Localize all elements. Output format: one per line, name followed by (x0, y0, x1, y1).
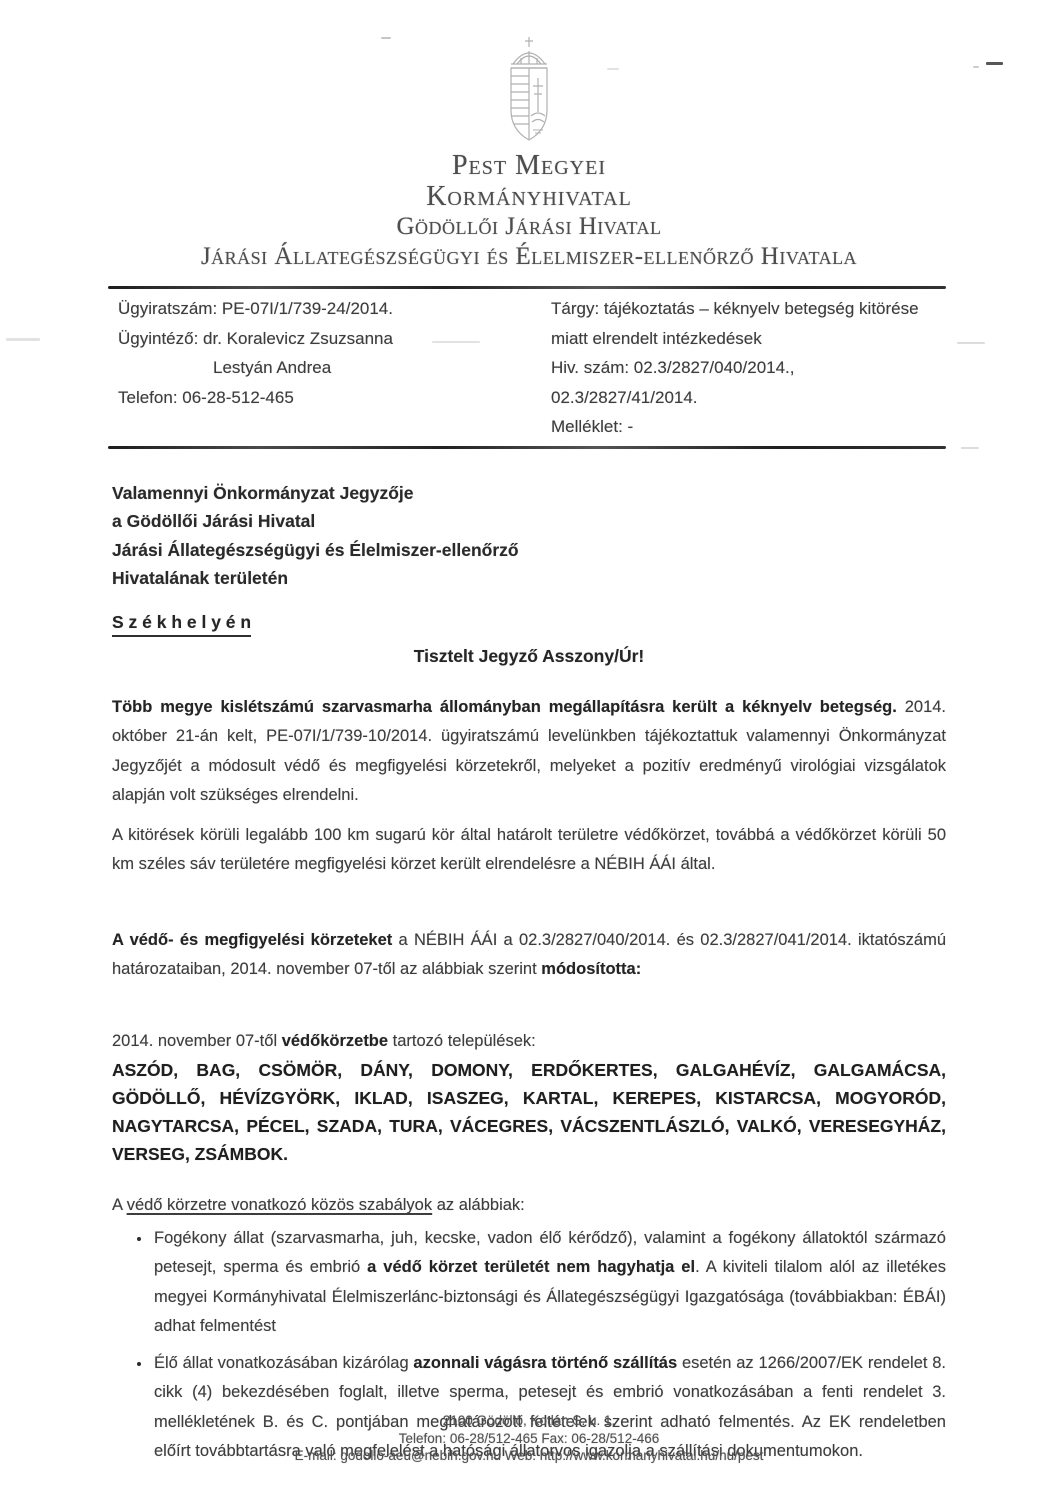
rules-underlined-phrase: védő körzetre vonatkozó közös szabályok (127, 1196, 432, 1214)
subject-line-1: Tárgy: tájékoztatás – kéknyelv betegség … (551, 294, 946, 324)
scan-artifact (973, 66, 979, 68)
scan-artifact (607, 68, 619, 70)
attachment-line: Melléklet: - (551, 412, 946, 442)
rule-bullet-animal-movement: Fogékony állat (szarvasmarha, juh, kecsk… (152, 1224, 946, 1342)
divider-bottom (108, 446, 946, 449)
reference-number-2: 02.3/2827/41/2014. (551, 383, 946, 413)
towns-intro-post: tartozó települések: (388, 1032, 536, 1050)
case-meta-left: Ügyiratszám: PE-07I/1/739-24/2014. Ügyin… (118, 294, 545, 442)
footer-email-web: E-mail: godollo-aeu@nebih.gov.hu Web: ht… (0, 1447, 1058, 1465)
emphasis-zones: A védő- és megfigyelési körzeteket (112, 931, 392, 949)
recipient-line-4: Hivatalának területén (112, 564, 946, 593)
footer-address: 2100 Gödöllő, Kotlan S. u. 1. (0, 1412, 1058, 1430)
emphasis-no-leaving-zone: a védő körzet területét nem hagyhatja el (367, 1258, 695, 1276)
org-line-district: Gödöllői Járási Hivatal (112, 212, 946, 242)
org-line-office: Kormányhivatal (112, 181, 946, 212)
seat-label: S z é k h e l y é n (112, 612, 251, 637)
case-meta-block: Ügyiratszám: PE-07I/1/739-24/2014. Ügyin… (112, 289, 946, 445)
scan-artifact (6, 338, 40, 341)
bullet2-pre: Élő állat vonatkozásában kizárólag (154, 1354, 413, 1372)
rules-pre: A (112, 1196, 127, 1214)
scan-artifact (961, 447, 979, 449)
recipient-block: Valamennyi Önkormányzat Jegyzője a Gödöl… (112, 479, 946, 593)
protection-zone-town-list: ASZÓD, BAG, CSÖMÖR, DÁNY, DOMONY, ERDŐKE… (112, 1056, 946, 1168)
seat-line: S z é k h e l y é n (112, 612, 946, 637)
towns-intro-pre: 2014. november 07-től (112, 1032, 282, 1050)
scan-artifact (986, 62, 1003, 65)
reference-number-1: Hiv. szám: 02.3/2827/040/2014., (551, 353, 946, 383)
emphasis-modified: módosította: (541, 960, 641, 978)
scan-artifact (432, 341, 480, 343)
emphasis-immediate-slaughter: azonnali vágásra történő szállítás (413, 1354, 677, 1372)
org-title-block: Pest Megyei Kormányhivatal Gödöllői Járá… (112, 150, 946, 272)
scan-artifact (381, 37, 391, 39)
subject-line-2: miatt elrendelt intézkedések (551, 324, 946, 354)
clerk-name: Ügyintéző: dr. Koralevicz Zsuzsanna (118, 324, 545, 354)
recipient-line-2: a Gödöllői Járási Hivatal (112, 507, 946, 536)
paragraph-zones-modified: A védő- és megfigyelési körzeteket a NÉB… (112, 926, 946, 985)
phone-number: Telefon: 06-28-512-465 (118, 383, 545, 413)
letterhead-footer: 2100 Gödöllő, Kotlan S. u. 1. Telefon: 0… (0, 1412, 1058, 1465)
footer-phone-fax: Telefon: 06-28/512-465 Fax: 06-28/512-46… (0, 1430, 1058, 1448)
clerk-name-2: Lestyán Andrea (118, 353, 545, 383)
recipient-line-3: Járási Állategészségügyi és Élelmiszer-e… (112, 536, 946, 565)
paragraph-outbreak-announcement: Több megye kislétszámú szarvasmarha állo… (112, 693, 946, 811)
hungarian-coat-of-arms-icon (491, 34, 567, 148)
scanned-letter-page: Pest Megyei Kormányhivatal Gödöllői Járá… (0, 0, 1058, 1496)
recipient-line-1: Valamennyi Önkormányzat Jegyzője (112, 479, 946, 508)
paragraph-zones-definition: A kitörések körüli legalább 100 km sugar… (112, 821, 946, 880)
paragraph-common-rules: A védő körzetre vonatkozó közös szabályo… (112, 1191, 946, 1221)
scan-artifact (957, 342, 985, 344)
org-line-county: Pest Megyei (112, 150, 946, 181)
emphasis-protection-zone: védőkörzetbe (282, 1032, 388, 1050)
case-meta-right: Tárgy: tájékoztatás – kéknyelv betegség … (545, 294, 946, 442)
salutation: Tisztelt Jegyző Asszony/Úr! (112, 646, 946, 667)
rules-post: az alábbiak: (432, 1196, 525, 1214)
org-line-department: Járási Állategészségügyi és Élelmiszer-e… (112, 242, 946, 272)
case-number: Ügyiratszám: PE-07I/1/739-24/2014. (118, 294, 545, 324)
paragraph-towns-intro: 2014. november 07-től védőkörzetbe tarto… (112, 1027, 946, 1057)
emphasis-disease-found: Több megye kislétszámú szarvasmarha állo… (112, 698, 897, 716)
